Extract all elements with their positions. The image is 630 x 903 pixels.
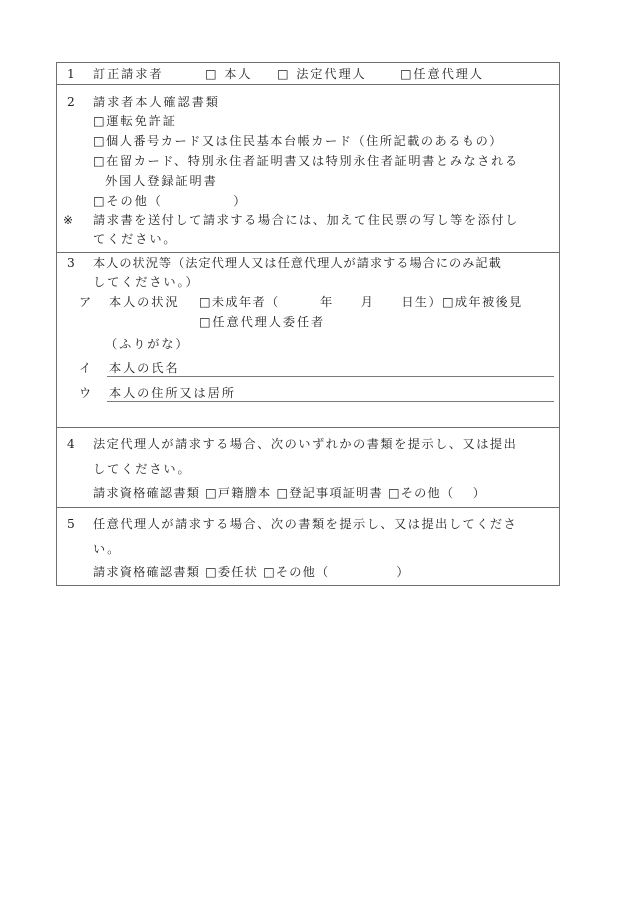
section-voluntary-rep-documents: 5 任意代理人が請求する場合、次の書類を提示し、又は提出してくださ い。 請求資… [57, 508, 559, 585]
note-text: 請求書を送付して請求する場合には、加えて住民票の写し等を添付し [93, 213, 519, 227]
principal-status-options[interactable]: □未成年者（ 年 月 日生）□成年被後見 [199, 295, 523, 309]
section-legal-rep-documents: 4 法定代理人が請求する場合、次のいずれかの書類を提示し、又は提出 してください… [57, 428, 559, 508]
section-number: 2 [67, 95, 75, 109]
section-requester: 1 訂正請求者 □ 本人 □ 法定代理人 □任意代理人 [57, 63, 559, 85]
section-principal-status: 3 本人の状況等（法定代理人又は任意代理人が請求する場合にのみ記載 してください… [57, 253, 559, 428]
option-legal-rep-checkbox[interactable]: □ 法定代理人 [277, 67, 367, 81]
option-residence-card-checkbox[interactable]: □在留カード、特別永住者証明書又は特別永住者証明書とみなされる [93, 154, 519, 168]
principal-address-label: 本人の住所又は居所 [109, 386, 236, 400]
section-title: 訂正請求者 [93, 67, 163, 81]
qualification-documents-options[interactable]: 請求資格確認書類 □戸籍謄本 □登記事項証明書 □その他（ ） [93, 486, 486, 500]
option-my-number-card-checkbox[interactable]: □個人番号カード又は住民基本台帳カード（住所記載のあるもの） [93, 134, 503, 148]
option-voluntary-rep-checkbox[interactable]: □任意代理人 [400, 67, 484, 81]
section-number: 5 [67, 517, 75, 531]
item-u-mark: ウ [79, 386, 93, 400]
qualification-documents-options[interactable]: 請求資格確認書類 □委任状 □その他（ ） [93, 565, 410, 579]
option-residence-card-cont: 外国人登録証明書 [105, 174, 218, 188]
section-title-cont: してください。） [93, 275, 200, 289]
section-text-cont: い。 [93, 542, 121, 556]
section-title: 請求者本人確認書類 [93, 95, 220, 109]
principal-name-field[interactable] [107, 376, 554, 377]
section-number: 3 [67, 256, 75, 270]
item-a-mark: ア [79, 295, 93, 309]
section-number: 1 [67, 67, 75, 81]
option-voluntary-principal-checkbox[interactable]: □任意代理人委任者 [199, 315, 325, 329]
principal-address-field[interactable] [107, 401, 554, 402]
section-text-cont: してください。 [93, 462, 192, 476]
section-number: 4 [67, 437, 75, 451]
note-mark: ※ [63, 213, 73, 227]
furigana-label: （ふりがな） [105, 337, 190, 351]
section-text: 法定代理人が請求する場合、次のいずれかの書類を提示し、又は提出 [93, 437, 517, 451]
section-text: 任意代理人が請求する場合、次の書類を提示し、又は提出してくださ [93, 517, 517, 531]
note-text-cont: てください。 [93, 232, 178, 246]
principal-name-label: 本人の氏名 [109, 361, 179, 375]
section-title: 本人の状況等（法定代理人又は任意代理人が請求する場合にのみ記載 [93, 256, 502, 270]
item-i-mark: イ [79, 361, 93, 375]
option-other-checkbox[interactable]: □その他（ ） [93, 194, 247, 208]
section-identity-documents: 2 請求者本人確認書類 □運転免許証 □個人番号カード又は住民基本台帳カード（住… [57, 85, 559, 253]
option-drivers-license-checkbox[interactable]: □運転免許証 [93, 114, 177, 128]
option-self-checkbox[interactable]: □ 本人 [205, 67, 252, 81]
principal-status-label: 本人の状況 [109, 295, 179, 309]
correction-request-form: 1 訂正請求者 □ 本人 □ 法定代理人 □任意代理人 2 請求者本人確認書類 … [56, 62, 560, 586]
